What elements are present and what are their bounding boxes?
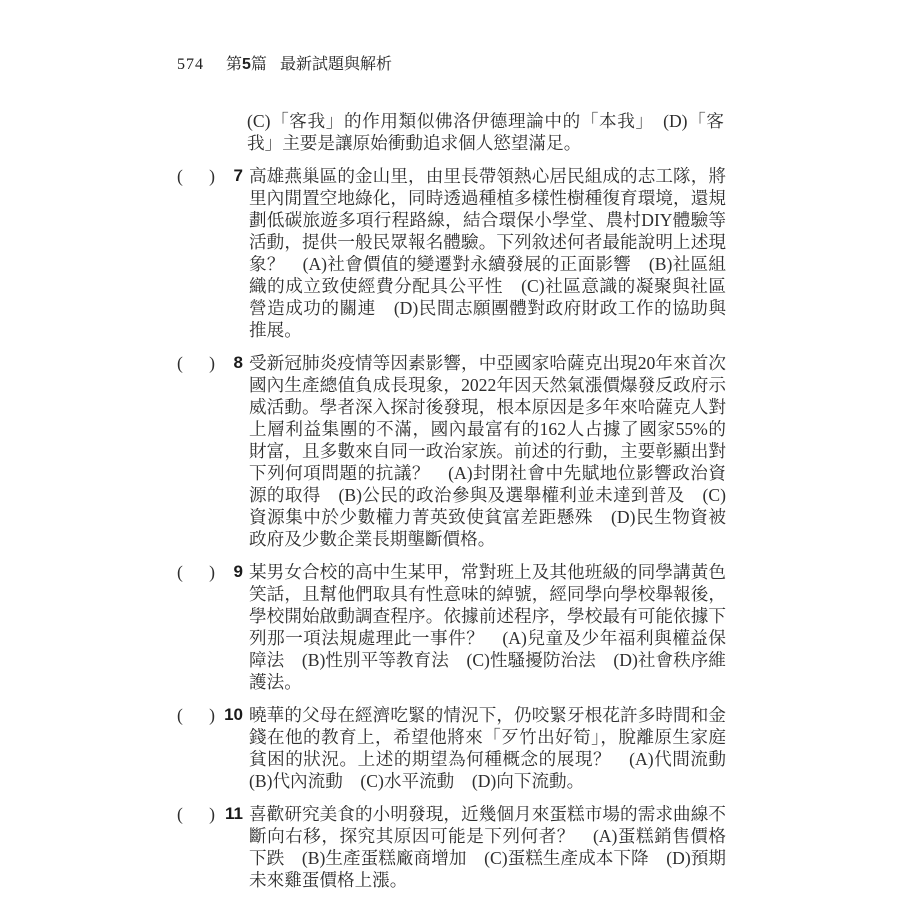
part-label: 第5篇 [226, 56, 267, 73]
answer-blank: ( ) [177, 352, 215, 374]
answer-paren-open: ( [177, 165, 183, 187]
answer-blank: ( ) [177, 803, 215, 825]
question-row-7: ( ) 7 高雄燕巢區的金山里，由里長帶領熱心居民組成的志工隊，將里內閒置空地綠… [0, 165, 900, 341]
answer-paren-open: ( [177, 352, 183, 374]
question-row-9: ( ) 9 某男女合校的高中生某甲，常對班上及其他班級的同學講黃色笑話，且幫他們… [0, 561, 900, 693]
answer-blank: ( ) [177, 704, 215, 726]
page-header: 574第5篇最新試題與解析 [177, 55, 392, 75]
question-row-11: ( ) 11 喜歡研究美食的小明發現，近幾個月來蛋糕市場的需求曲線不斷向右移，探… [0, 803, 900, 891]
question-continuation-text: (C)「客我」的作用類似佛洛伊德理論中的「本我」 (D)「客我」主要是讓原始衝動… [247, 110, 724, 154]
page-number: 574 [177, 56, 204, 73]
question-number: 10 [215, 704, 243, 726]
question-text: 喜歡研究美食的小明發現，近幾個月來蛋糕市場的需求曲線不斷向右移，探究其原因可能是… [249, 803, 726, 891]
question-number: 8 [215, 352, 243, 374]
question-number: 7 [215, 165, 243, 187]
answer-paren-open: ( [177, 803, 183, 825]
question-number: 9 [215, 561, 243, 583]
part-label-prefix: 第 [226, 56, 242, 73]
question-number: 11 [215, 803, 243, 825]
section-title: 最新試題與解析 [280, 56, 392, 73]
question-text: 某男女合校的高中生某甲，常對班上及其他班級的同學講黃色笑話，且幫他們取具有性意味… [249, 561, 726, 693]
answer-blank: ( ) [177, 165, 215, 187]
answer-paren-open: ( [177, 561, 183, 583]
questions-area: (C)「客我」的作用類似佛洛伊德理論中的「本我」 (D)「客我」主要是讓原始衝動… [0, 110, 900, 891]
question-text: 高雄燕巢區的金山里，由里長帶領熱心居民組成的志工隊，將里內閒置空地綠化，同時透過… [249, 165, 726, 341]
question-text: 曉華的父母在經濟吃緊的情況下，仍咬緊牙根花許多時間和金錢在他的教育上，希望他將來… [249, 704, 726, 792]
question-text: 受新冠肺炎疫情等因素影響，中亞國家哈薩克出現20年來首次國內生產總值負成長現象，… [249, 352, 726, 550]
part-number: 5 [242, 56, 251, 73]
question-row-8: ( ) 8 受新冠肺炎疫情等因素影響，中亞國家哈薩克出現20年來首次國內生產總值… [0, 352, 900, 550]
book-page: 574第5篇最新試題與解析 (C)「客我」的作用類似佛洛伊德理論中的「本我」 (… [0, 0, 900, 900]
answer-paren-open: ( [177, 704, 183, 726]
question-row-10: ( ) 10 曉華的父母在經濟吃緊的情況下，仍咬緊牙根花許多時間和金錢在他的教育… [0, 704, 900, 792]
answer-blank: ( ) [177, 561, 215, 583]
part-label-suffix: 篇 [251, 56, 267, 73]
